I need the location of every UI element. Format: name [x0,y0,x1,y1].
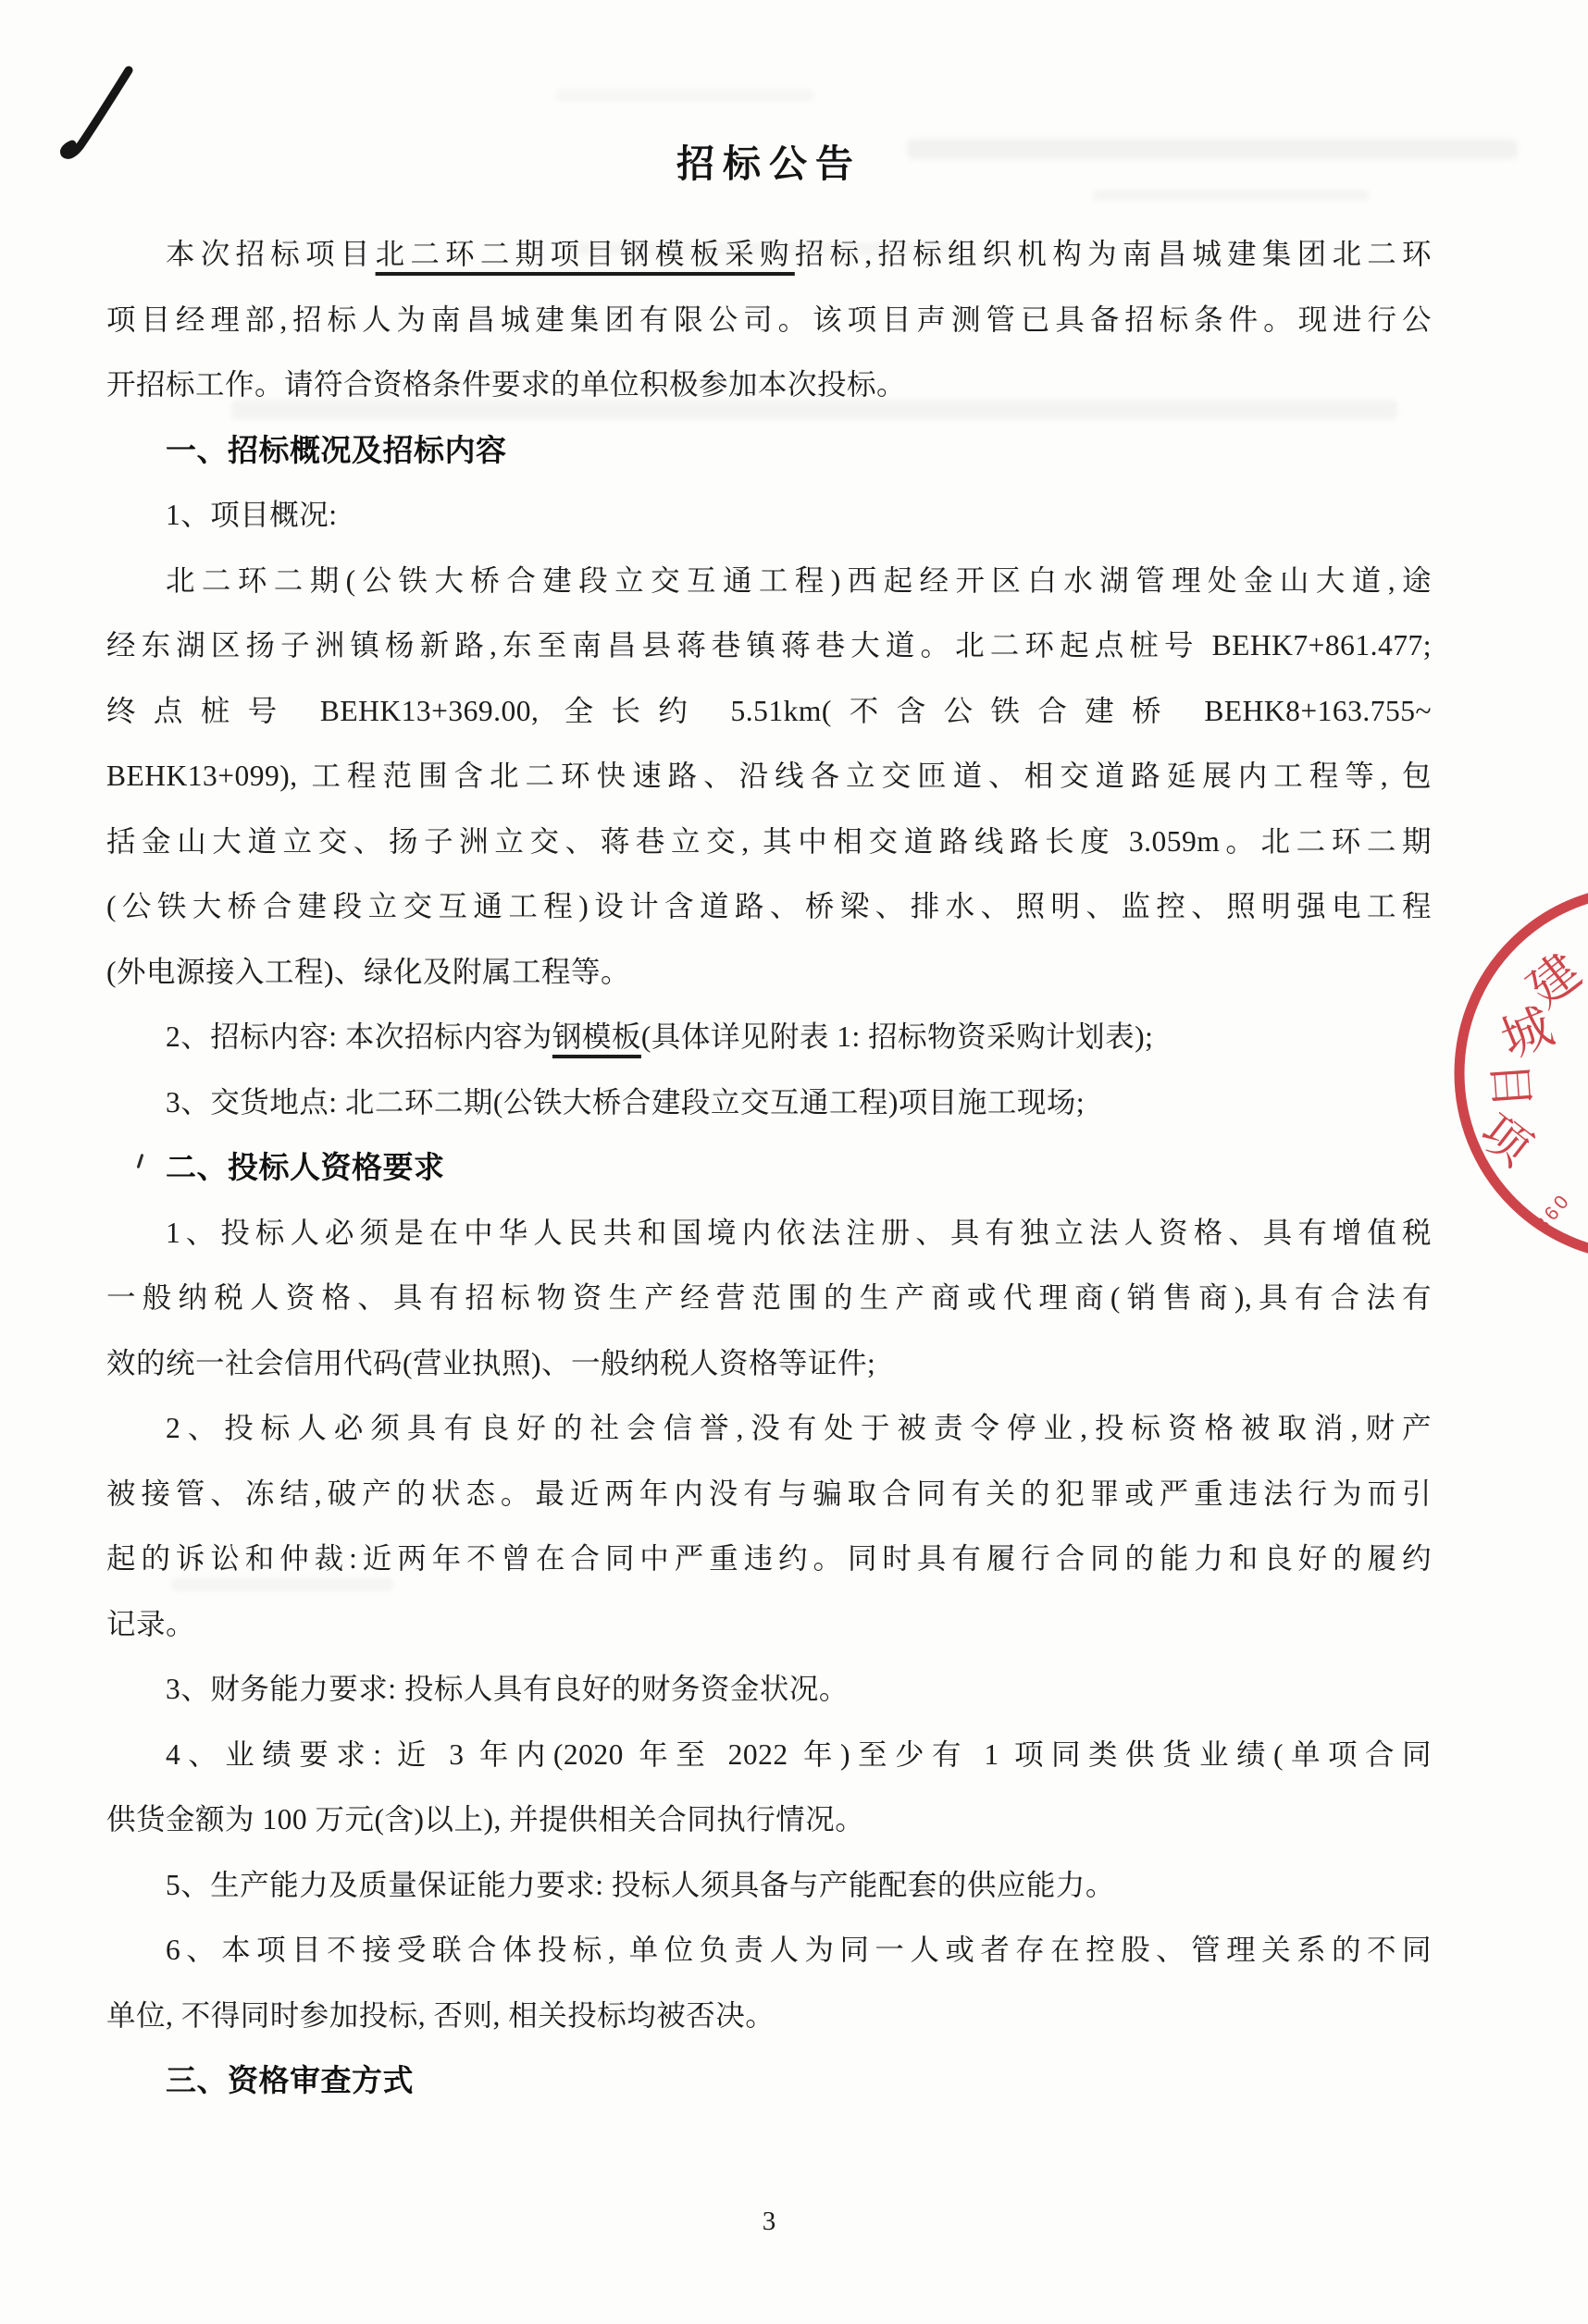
text-segment: 二、投标人资格要求 [166,1150,445,1184]
text-segment: 三、资格审查方式 [166,2063,414,2097]
text-line: 供货金额为 100 万元(含)以上), 并提供相关合同执行情况。 [106,1787,1432,1853]
text-segment: 供货金额为 100 万元(含)以上), 并提供相关合同执行情况。 [106,1803,864,1836]
text-line: BEHK13+099), 工程范围含北二环快速路、沿线各立交匝道、相交道路延展内… [106,744,1432,810]
text-line: 1、项目概况: [106,483,1432,549]
text-line: 1、投标人必须是在中华人民共和国境内依法注册、具有独立法人资格、具有增值税 [106,1201,1432,1267]
text-line: 3、交货地点: 北二环二期(公铁大桥合建段立交互通工程)项目施工现场; [106,1070,1432,1136]
section-heading: 一、招标概况及招标内容 [106,418,1432,484]
text-segment: 3、交货地点: 北二环二期(公铁大桥合建段立交互通工程)项目施工现场; [166,1086,1085,1119]
text-segment: 3、财务能力要求: 投标人具有良好的财务资金状况。 [166,1673,849,1705]
text-segment: 括金山大道立交、扬子洲立交、蒋巷立交, 其中相交道路线路长度 3.059m。北二… [106,825,1432,858]
text-line: 经东湖区扬子洲镇杨新路,东至南昌县蒋巷镇蒋巷大道。北二环起点桩号 BEHK7+8… [106,613,1432,679]
text-line: 本次招标项目北二环二期项目钢模板采购招标,招标组织机构为南昌城建集团北二环 [106,222,1432,288]
text-line: 被接管、冻结,破产的状态。最近两年内没有与骗取合同有关的犯罪或严重违法行为而引 [106,1462,1432,1527]
text-line: 单位, 不得同时参加投标, 否则, 相关投标均被否决。 [106,1984,1432,2049]
document-title: 招标公告 [106,133,1432,188]
text-segment: 一般纳税人资格、具有招标物资生产经营范围的生产商或代理商(销售商),具有合法有 [106,1281,1432,1314]
text-segment: 6、本项目不接受联合体投标, 单位负责人为同一人或者存在控股、管理关系的不同 [166,1934,1432,1966]
text-line: 一般纳税人资格、具有招标物资生产经营范围的生产商或代理商(销售商),具有合法有 [106,1266,1432,1331]
text-line: 5、生产能力及质量保证能力要求: 投标人须具备与产能配套的供应能力。 [106,1853,1432,1919]
section-heading: 三、资格审查方式 [106,2048,1432,2114]
stamp-character: 目 [1483,1060,1537,1110]
text-segment: 北二环二期(公铁大桥合建段立交互通工程)西起经开区白水湖管理处金山大道,途 [166,564,1432,597]
text-line: 开招标工作。请符合资格条件要求的单位积极参加本次投标。 [106,352,1432,418]
document-body: 本次招标项目北二环二期项目钢模板采购招标,招标组织机构为南昌城建集团北二环项目经… [106,222,1432,2114]
text-segment: 2、招标内容: 本次招标内容为 [166,1020,552,1053]
text-segment: 起的诉讼和仲裁:近两年不曾在合同中严重违约。同时具有履行合同的能力和良好的履约 [106,1542,1432,1575]
text-segment: 被接管、冻结,破产的状态。最近两年内没有与骗取合同有关的犯罪或严重违法行为而引 [106,1477,1432,1510]
text-line: 括金山大道立交、扬子洲立交、蒋巷立交, 其中相交道路线路长度 3.059m。北二… [106,810,1432,875]
text-line: 2、招标内容: 本次招标内容为钢模板(具体详见附表 1: 招标物资采购计划表); [106,1005,1432,1070]
underlined-text: 钢模板 [552,1020,641,1053]
scanned-document-page: 招标公告 本次招标项目北二环二期项目钢模板采购招标,招标组织机构为南昌城建集团北… [0,0,1588,2324]
text-line: 北二环二期(公铁大桥合建段立交互通工程)西起经开区白水湖管理处金山大道,途 [106,549,1432,614]
text-segment: 5、生产能力及质量保证能力要求: 投标人须具备与产能配套的供应能力。 [166,1869,1115,1901]
bleed-through-smudge [555,89,814,102]
text-segment: (外电源接入工程)、绿化及附属工程等。 [106,956,630,988]
text-line: (外电源接入工程)、绿化及附属工程等。 [106,940,1432,1006]
text-line: 2、投标人必须具有良好的社会信誉,没有处于被责令停业,投标资格被取消,财产 [106,1396,1432,1462]
text-line: 4、业绩要求: 近 3 年内(2020 年至 2022 年)至少有 1 项同类供… [106,1723,1432,1788]
underlined-text: 北二环二期项目钢模板采购 [376,238,795,270]
text-segment: 项目经理部,招标人为南昌城建集团有限公司。该项目声测管已具备招标条件。现进行公 [106,303,1432,336]
text-segment: 单位, 不得同时参加投标, 否则, 相关投标均被否决。 [106,1999,775,2032]
text-segment: 本次招标项目 [166,238,376,270]
page-number: 3 [106,2207,1432,2237]
text-segment: 招标,招标组织机构为南昌城建集团北二环 [795,238,1432,270]
text-line: 6、本项目不接受联合体投标, 单位负责人为同一人或者存在控股、管理关系的不同 [106,1918,1432,1984]
text-line: 3、财务能力要求: 投标人具有良好的财务资金状况。 [106,1657,1432,1723]
text-segment: 一、招标概况及招标内容 [166,433,507,467]
stamp-code-digits: 360 [1531,1189,1575,1236]
text-line: (公铁大桥合建段立交互通工程)设计含道路、桥梁、排水、照明、监控、照明强电工程 [106,874,1432,940]
text-line: 效的统一社会信用代码(营业执照)、一般纳税人资格等证件; [106,1331,1432,1397]
text-segment: (具体详见附表 1: 招标物资采购计划表); [641,1020,1154,1053]
text-segment: 1、投标人必须是在中华人民共和国境内依法注册、具有独立法人资格、具有增值税 [166,1217,1432,1249]
text-segment: 4、业绩要求: 近 3 年内(2020 年至 2022 年)至少有 1 项同类供… [166,1738,1432,1771]
text-line: 记录。 [106,1592,1432,1658]
text-segment: (公铁大桥合建段立交互通工程)设计含道路、桥梁、排水、照明、监控、照明强电工程 [106,890,1432,922]
bleed-through-smudge [1092,190,1370,201]
section-heading: 二、投标人资格要求 [106,1135,1432,1201]
text-segment: 效的统一社会信用代码(营业执照)、一般纳税人资格等证件; [106,1347,875,1379]
text-line: 项目经理部,招标人为南昌城建集团有限公司。该项目声测管已具备招标条件。现进行公 [106,288,1432,353]
text-line: 终点桩号 BEHK13+369.00, 全长约 5.51km(不含公铁合建桥 B… [106,679,1432,745]
text-segment: BEHK13+099), 工程范围含北二环快速路、沿线各立交匝道、相交道路延展内… [106,760,1432,792]
text-segment: 开招标工作。请符合资格条件要求的单位积极参加本次投标。 [106,368,906,401]
text-segment: 终点桩号 BEHK13+369.00, 全长约 5.51km(不含公铁合建桥 B… [106,695,1432,727]
text-segment: 记录。 [106,1608,195,1640]
text-segment: 经东湖区扬子洲镇杨新路,东至南昌县蒋巷镇蒋巷大道。北二环起点桩号 BEHK7+8… [106,629,1432,661]
text-segment: 2、投标人必须具有良好的社会信誉,没有处于被责令停业,投标资格被取消,财产 [166,1412,1432,1444]
text-segment: 1、项目概况: [166,499,338,531]
company-stamp: 建 城 目 项 360 [1416,874,1588,1281]
text-line: 起的诉讼和仲裁:近两年不曾在合同中严重违约。同时具有履行合同的能力和良好的履约 [106,1527,1432,1592]
